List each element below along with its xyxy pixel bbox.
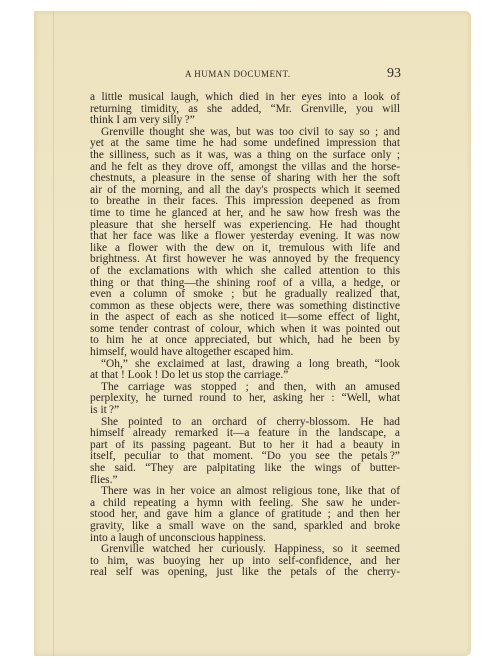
page-header: A HUMAN DOCUMENT. 93 bbox=[58, 68, 398, 84]
text-line: the silliness, such as it was, was a thi… bbox=[90, 150, 400, 162]
text-line: real self was opening, just like the pet… bbox=[90, 567, 400, 579]
text-line: Grenville watched her curiously. Happine… bbox=[90, 544, 400, 556]
text-line: she said. “They are palpitating like the… bbox=[90, 463, 400, 475]
running-head: A HUMAN DOCUMENT. bbox=[185, 69, 291, 79]
text-line: time to time he glanced at her, and he s… bbox=[90, 208, 400, 220]
text-line: himself, would have altogether escaped h… bbox=[90, 347, 400, 359]
text-line: of the exclamations with which she calle… bbox=[90, 266, 400, 278]
text-line: even a column of smoke ; but he graduall… bbox=[90, 289, 400, 301]
text-line: gravity, like a small wave on the sand, … bbox=[90, 521, 400, 533]
text-line: chestnuts, a pleasure in the sense of sh… bbox=[90, 173, 400, 185]
body-text: a little musical laugh, which died in he… bbox=[90, 92, 400, 579]
page-number: 93 bbox=[387, 66, 401, 82]
text-line: a little musical laugh, which died in he… bbox=[90, 92, 400, 104]
text-line: is it ?” bbox=[90, 405, 400, 417]
page-fold-line bbox=[53, 11, 54, 656]
text-line: perplexity, he turned round to her, aski… bbox=[90, 393, 400, 405]
text-line: that her face was like a flower yesterda… bbox=[90, 231, 400, 243]
